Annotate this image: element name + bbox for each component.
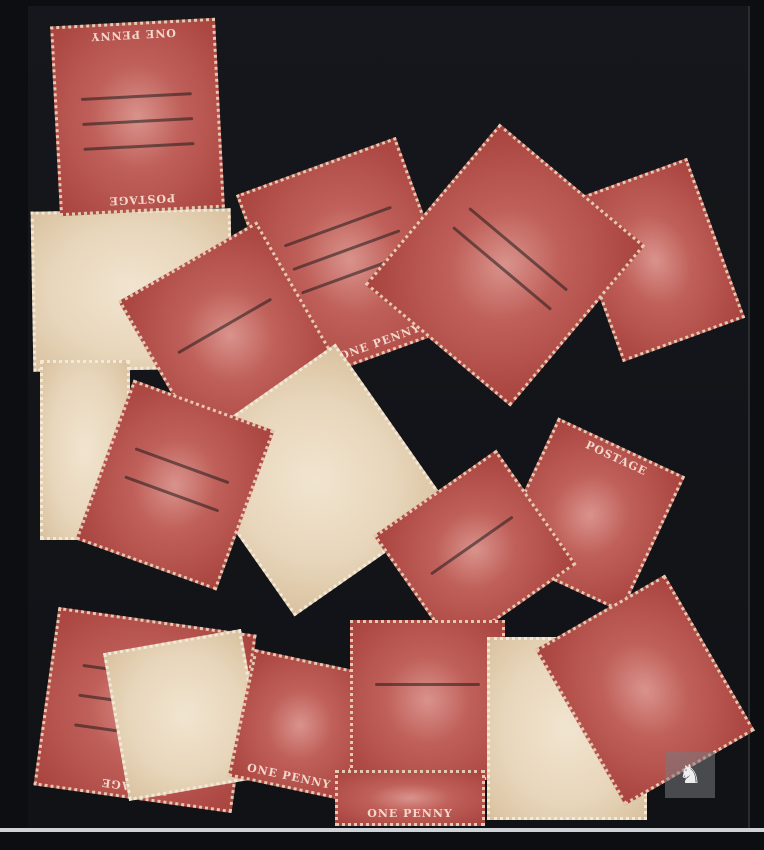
watermark-logo-icon: ♞ [665,752,715,798]
stamp-penny-red [350,620,505,780]
stamp-penny-red: ONE PENNY [335,770,485,826]
photo: ONE PENNY POSTAGE ONE PENNY POSTAGE POST… [0,0,764,850]
sleeve-edge [0,828,764,832]
stamp-penny-red: ONE PENNY POSTAGE [50,18,225,216]
